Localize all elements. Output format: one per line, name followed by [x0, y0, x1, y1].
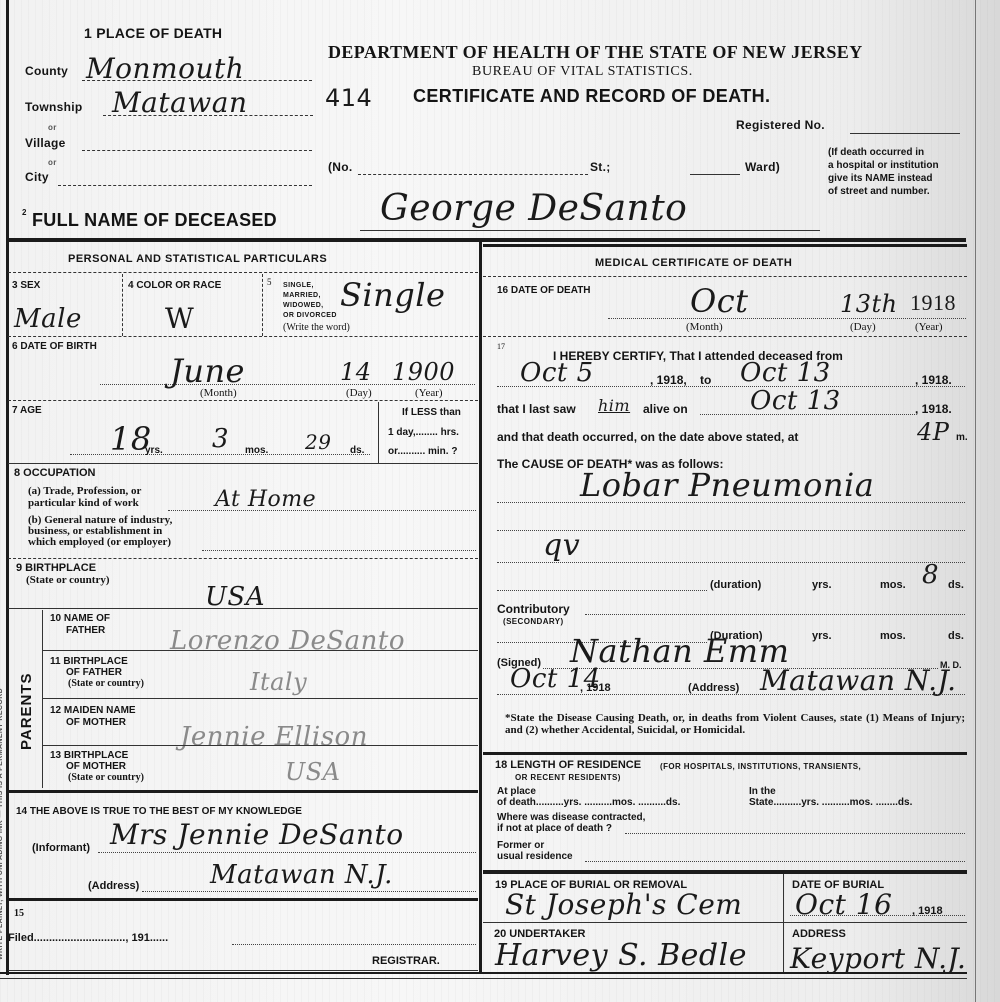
informant-address-value: Matawan N.J. — [210, 860, 393, 890]
city-label: City — [25, 170, 49, 184]
occupation-b-field[interactable] — [202, 550, 476, 551]
divider-header — [6, 238, 966, 242]
cause-value: Lobar Pneumonia — [580, 466, 874, 504]
informant-label: (Informant) — [32, 842, 90, 854]
cause-footnote: *State the Disease Causing Death, or, in… — [505, 712, 965, 736]
father-name-label: 10 NAME OF FATHER — [50, 613, 110, 637]
personal-section-title: PERSONAL AND STATISTICAL PARTICULARS — [68, 253, 327, 265]
mother-name-value: Jennie Ellison — [180, 722, 368, 752]
age-months-value: 3 — [212, 424, 229, 454]
registered-no-field[interactable] — [850, 133, 960, 134]
place-of-death-heading: 1 PLACE OF DEATH — [84, 25, 222, 41]
occupation-a-value: At Home — [215, 487, 316, 512]
father-birthplace-label: 11 BIRTHPLACE OF FATHER (State or countr… — [50, 656, 144, 689]
occupation-a-label: (a) Trade, Profession, or particular kin… — [28, 485, 141, 509]
department-title: DEPARTMENT OF HEALTH OF THE STATE OF NEW… — [328, 42, 863, 63]
undertaker-address-value: Keyport N.J. — [790, 942, 966, 975]
city-field[interactable] — [58, 185, 312, 186]
township-label: Township — [25, 100, 83, 114]
age-days-value: 29 — [305, 430, 331, 454]
full-name-value: George DeSanto — [380, 188, 687, 229]
undertaker-value: Harvey S. Bedle — [495, 938, 747, 973]
attended-to-value: Oct 13 — [740, 358, 831, 388]
physician-address-value: Matawan N.J. — [760, 664, 956, 697]
parents-label: PARENTS — [18, 650, 35, 750]
registrar-signature-field[interactable] — [232, 944, 476, 945]
less-min-field: or.......... min. ? — [388, 446, 457, 457]
former-residence-field: Former or usual residence — [497, 840, 573, 862]
less-day-field: 1 day,........ hrs. — [388, 427, 459, 438]
county-label: County — [25, 64, 68, 78]
last-saw-date-value: Oct 13 — [750, 386, 841, 416]
informant-statement: 14 THE ABOVE IS TRUE TO THE BEST OF MY K… — [16, 806, 302, 817]
informant-address-label: (Address) — [88, 880, 139, 892]
informant-value: Mrs Jennie DeSanto — [110, 818, 404, 851]
residence-label: 18 LENGTH OF RESIDENCE — [495, 759, 641, 771]
street-no-label: (No. — [328, 160, 353, 174]
sex-label: 3 SEX — [12, 280, 40, 291]
registrar-label: REGISTRAR. — [372, 955, 440, 967]
village-field[interactable] — [82, 150, 312, 151]
filed-field: Filed.............................., 191… — [8, 932, 168, 944]
right-edge — [975, 0, 976, 1002]
dod-label: 16 DATE OF DEATH — [497, 285, 591, 296]
in-state-field: In the State..........yrs. ..........mos… — [749, 786, 912, 808]
undertaker-address-label: ADDRESS — [792, 928, 846, 940]
left-border — [6, 0, 9, 975]
burial-place-value: St Joseph's Cem — [505, 888, 742, 921]
county-value: Monmouth — [86, 52, 244, 85]
bureau-title: BUREAU OF VITAL STATISTICS. — [472, 64, 693, 80]
occupation-b-label: (b) General nature of industry, business… — [28, 515, 172, 548]
mother-birthplace-label: 13 BIRTHPLACE OF MOTHER (State or countr… — [50, 750, 144, 783]
ward-field[interactable] — [690, 174, 740, 175]
duration-days-value: 8 — [922, 560, 939, 590]
attended-from-value: Oct 5 — [520, 358, 594, 388]
mother-birthplace-value: USA — [285, 758, 341, 786]
full-name-label: FULL NAME OF DECEASED — [32, 210, 277, 231]
less-than-label: If LESS than — [402, 407, 461, 418]
street-field[interactable] — [358, 174, 588, 175]
ward-label: Ward) — [745, 160, 780, 174]
death-time-text: and that death occurred, on the date abo… — [497, 430, 798, 444]
dod-day-value: 13th — [840, 290, 898, 318]
father-name-value: Lorenzo DeSanto — [170, 626, 405, 656]
medical-section-title: MEDICAL CERTIFICATE OF DEATH — [595, 257, 792, 269]
village-label: Village — [25, 136, 66, 150]
hospital-note: (If death occurred in a hospital or inst… — [828, 146, 939, 198]
dod-month-value: Oct — [690, 282, 749, 320]
sex-value: Male — [14, 304, 82, 334]
race-label: 4 COLOR OR RACE — [128, 280, 221, 291]
age-label: 7 AGE — [12, 405, 42, 416]
disease-contracted-field: Where was disease contracted, if not at … — [497, 812, 645, 834]
dod-year-value: 1918 — [910, 290, 956, 316]
margin-note: WRITE PLAINLY, WITH UNFADING INK — THIS … — [0, 640, 4, 960]
death-time-value: 4P — [917, 418, 949, 446]
at-place-of-death-field: At place of death..........yrs. ........… — [497, 786, 680, 808]
father-birthplace-value: Italy — [250, 668, 307, 696]
race-value: W — [165, 302, 194, 335]
mother-name-label: 12 MAIDEN NAME OF MOTHER — [50, 705, 136, 729]
registered-no-label: Registered No. — [736, 118, 825, 132]
dob-month-value: June — [170, 352, 245, 390]
street-label: St.; — [590, 160, 611, 174]
marital-options: SINGLE, MARRIED, WIDOWED, OR DIVORCED — [283, 281, 337, 321]
file-number-handwritten: 414 — [325, 84, 372, 112]
cause-note: qv — [543, 528, 580, 563]
death-certificate: WRITE PLAINLY, WITH UNFADING INK — THIS … — [0, 0, 1000, 1002]
marital-hint: (Write the word) — [283, 322, 350, 333]
contributory-label: Contributory — [497, 602, 570, 616]
center-divider — [479, 242, 482, 972]
dob-year-value: 1900 — [392, 358, 455, 386]
burial-date-value: Oct 16 — [795, 888, 892, 921]
dob-label: 6 DATE OF BIRTH — [12, 341, 97, 352]
township-value: Matawan — [112, 86, 248, 119]
dob-day-value: 14 — [340, 358, 372, 386]
last-saw-pronoun: him — [598, 396, 630, 415]
physician-signature: Nathan Emm — [570, 632, 789, 670]
marital-value: Single — [340, 276, 445, 314]
birthplace-label: 9 BIRTHPLACE — [16, 562, 96, 574]
occupation-label: 8 OCCUPATION — [14, 467, 96, 479]
certificate-title: CERTIFICATE AND RECORD OF DEATH. — [413, 86, 770, 107]
